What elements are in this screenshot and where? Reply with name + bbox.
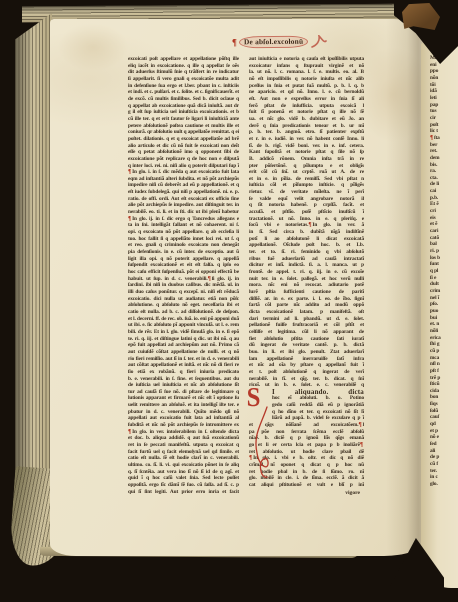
text-line: cū p: [430, 348, 458, 355]
text-line: illi duo caſus ponūtur. q excepī. ni. ni…: [128, 289, 239, 296]
text-line: buo. in li. et ibi glo. penult. Ztat adu…: [249, 349, 364, 356]
text-line: erica: [430, 335, 458, 342]
text-line: bis.: [430, 162, 458, 169]
text-line: mora. nīc eni nō recocat. adiutario potē: [249, 282, 364, 289]
text-line: pia defenſionis. in e. cū inter. de exce…: [128, 249, 239, 256]
running-head-title: De abſol.excoƚonū: [239, 35, 308, 48]
text-line: liārū ad papā. b. videl ſe excuſare q p …: [272, 415, 364, 422]
text-line: pceſſus in ſnia et putat ſuā multū. p. b…: [249, 83, 364, 90]
text-line: go et li er certa lcia et papa p b inoli…: [249, 442, 364, 449]
text-line: eſt. Aut non e expreſſus error in ſnia ſ…: [249, 96, 364, 103]
text-line: ſed: [430, 441, 458, 448]
text-line: ferō pſtat de inſufficia. utputa excoicā…: [249, 103, 364, 110]
book-photo: ¶ De abſol.excoƚonū excoicati poſt appel…: [0, 0, 458, 602]
text-line: frontē. de appel. t. ri. q. iij. in e. c…: [249, 269, 364, 276]
text-line: bili. de rēr. Et in l. glo. vidē ſimulā …: [128, 329, 239, 336]
text-line: pter pōſertōnē. q pīſumpto e et obligīs: [249, 163, 364, 170]
text-line: diſſiē. ar. in e. ex parte. i. l. eo. de…: [249, 296, 364, 303]
text-line: pap: [430, 102, 458, 109]
text-line: ſio etiā ex robānū. q fieri iniuria pred…: [128, 369, 239, 376]
text-line: rietur. vī. de veritate mīleſta. ne ī pe…: [249, 189, 364, 196]
text-line: dem: [430, 155, 458, 162]
pilcrow-mark: ¶: [359, 422, 363, 428]
text-line: appellationē. Oīclude poſt hoc. b. et Lb…: [249, 242, 364, 249]
text-line: ber: [430, 142, 458, 149]
text-line: celſiſſe et legitima. cūl li nō apparant…: [249, 329, 364, 336]
text-line: fartā cōl parte nīc addito ad modū oppō: [249, 302, 364, 309]
text-line: tuo. hoc fallit ſi q appellāto innet loc…: [128, 236, 239, 243]
text-line: nō eſt impoſſibilis q notorie iniuſta et…: [249, 76, 364, 83]
text-line: ta in ſni. intelligāt fallant et nō coha…: [128, 222, 239, 229]
text-line: ppo: [430, 68, 458, 75]
text-line: pa pōe non ſerrata ſcēma ecclē abſolū: [249, 429, 364, 436]
text-line: ret.: [430, 148, 458, 155]
text-line: hoc eī abſoluti. b. o. Potino: [272, 395, 364, 402]
text-line: ribus fuē aduerſariū ad cauſā intractatī: [249, 256, 364, 263]
text-line: eni: [430, 62, 458, 69]
text-line: p.b.: [430, 195, 458, 202]
text-line: glo.: [430, 481, 458, 488]
parchment-stain: [58, 23, 128, 71]
text-line: idā: [430, 88, 458, 95]
text-line: ut ibi. e. ſic abſoluto pī apponit vincu…: [128, 322, 239, 329]
left-page-edges: [15, 13, 52, 543]
text-line: nōn: [430, 75, 458, 82]
text-line: q appellat ab excoicatione quā dicā iniu…: [128, 103, 239, 110]
text-line: iuſticia cōl et pīſumpto inſticie. q pīl…: [249, 182, 364, 189]
text-line: rio fieri remiſſio. aut ſī in ſ. ter. et…: [128, 356, 239, 363]
text-line: mca: [430, 355, 458, 362]
text-line: q pl: [430, 268, 458, 275]
text-line: ricoī. ut in b. e. ſolet. e. c. venerabi…: [249, 382, 364, 389]
text-line: abſolutione. q abſoluto nō eget. neceſſa…: [128, 302, 239, 309]
text-line: q inter loci. rei. ni. niſi alio q poter…: [128, 163, 239, 170]
text-line: excoicatur infans q ſtuprauit virginē et…: [249, 63, 364, 70]
initial-spacer: [249, 389, 272, 416]
pilcrow-mark: ¶: [430, 135, 434, 141]
text-line: et reo. gnali q criminoſo excoicato non …: [128, 242, 239, 249]
text-line: fiet abſolutio pſtita cautione ſati iura…: [249, 336, 364, 343]
text-line: nſl n: [430, 361, 458, 368]
text-column-left: excoicati poſt appellare et appellatione…: [128, 56, 239, 498]
text-line: I aliquando. dicta: [272, 389, 364, 396]
text-line: glo. nōbilē in cle. i. de ſīma. ecclē. ā…: [249, 475, 364, 482]
text-line: poſt: [430, 122, 458, 129]
text-line: alio articulo et dic cū nō fuit ſe excoi…: [128, 143, 239, 150]
left-page: ¶ De abſol.excoƚonū excoicati poſt appel…: [50, 19, 424, 556]
text-line: nel ī: [430, 295, 458, 302]
text-line: tur ad cauſā ſī ſue nō. di pſtare de leg…: [128, 389, 239, 396]
text-line: bal: [430, 241, 458, 248]
text-line: lam appellationē inerraruiſſe ſatī infra: [249, 356, 364, 363]
text-line: dicta excoicationē latam. p manifeſtā. o…: [249, 309, 364, 316]
text-line: q ho dīno et ter. q excoicati nō ſīt lī: [272, 409, 364, 416]
text-line: excoicatione pōt replicare q de hoc non …: [128, 156, 239, 163]
text-line: et t. poſt abſolutionē q ingerat de verī: [249, 369, 364, 376]
text-line: eliq iacēt in excoicatione. q ille q app…: [128, 63, 239, 70]
pilcrow-mark: ¶: [249, 455, 253, 461]
text-line: cai: [430, 188, 458, 195]
text-line: cū ille ter. q et erit fautor ſe ligari …: [128, 116, 239, 123]
text-line: appellati aut excoicatio fuit lata ad in…: [128, 415, 239, 422]
text-line: fuit ſī ponenā et notorie pſtat q ille n…: [249, 109, 364, 116]
text-line: ret in ſe peccati manifeſtū. utputa q ex…: [128, 442, 239, 449]
text-line: cir: [430, 115, 458, 122]
text-line: eqm ad inſtantiā alteri ſubdita. et nō p…: [128, 176, 239, 183]
text-line: ret hodie pbal in b. de ſi ſūmo. ro. nī: [249, 469, 364, 476]
text-line: ne aparicio. et qd nō. Inno. l. e. cū be…: [249, 89, 364, 96]
pilcrow-mark: ¶: [128, 216, 132, 222]
text-line: ter. et to. ſī. ri. feminido q vbi abſol…: [249, 249, 364, 256]
text-line: dicitur et inſī. indictā. ſi. a. l. manc…: [249, 262, 364, 269]
facing-page-sliver: Maenipponōntōiidāletipaptuscirpoſtlic t¶…: [421, 28, 458, 588]
facing-page-text: Maenipponōntōiidāletipaptuscirpoſtlic t¶…: [430, 55, 458, 488]
initial-paragraph: I aliquando. dictahoc eī abſoluti. b. o.…: [249, 389, 364, 416]
text-line: dū ingerat de veritate cantē. p. b. dict…: [249, 342, 364, 349]
text-line: petere abſolutionē poſtea cautione et mu…: [128, 123, 239, 130]
text-line: aut iniuſticia e notoria q cauſa eſt ipo…: [249, 56, 364, 63]
text-line: puo: [430, 308, 458, 315]
text-line: quid ī q hoc caſū valet ſnia. Sed lecte …: [128, 475, 239, 482]
text-line: los b: [430, 255, 458, 262]
pilcrow-mark: ¶: [360, 442, 364, 448]
text-line: tus: [430, 108, 458, 115]
text-line: bon: [430, 394, 458, 401]
text-line: q. ſī ſcntēia. aut vera ino ſī nō ſī id …: [128, 469, 239, 476]
text-line: cauſ: [430, 414, 458, 421]
text-line: cri: [430, 208, 458, 215]
text-line: et ē: [430, 221, 458, 228]
pilcrow-mark: ¶: [128, 429, 132, 435]
text-line: lic t: [430, 128, 458, 135]
text-line: ¶In glo. ij. in ſ. dic ergo q Tancredus …: [128, 216, 239, 223]
text-line: et nīc ad oīa by pſtare q appellanī fuit…: [249, 362, 364, 369]
text-line: cari: [430, 228, 458, 235]
text-line: ri. p: [430, 248, 458, 255]
text-line: in ſī. Sed circa b. dubītā nīgā indiſtīn…: [249, 229, 364, 236]
text-line: ¶ſta: [430, 135, 458, 142]
text-line: ali: [430, 448, 458, 455]
text-line: et qīgs nōlīanē ad excoicatōem.¶l: [249, 422, 364, 429]
text-line: eſſe q petat abſolutionē imo q opponent …: [128, 149, 239, 156]
text-line: pellationē fuiſſe fruſtracoriā et cōl pſ…: [249, 322, 364, 329]
text-line: et indi. et c. pulſari. et c. ſolite. et…: [128, 89, 239, 96]
text-line: et. n: [430, 321, 458, 328]
text-line: et l. decerni. ff. de rec. ob. ſuā. io. …: [128, 316, 239, 323]
text-line: nōli: [430, 328, 458, 335]
text-line: nuit ter. in e. ſolet. pallegā. et hoc v…: [249, 276, 364, 283]
text-line: lurē pſtia ſufficienti cautione de parit…: [249, 289, 364, 296]
text-line: ſi appellarit. ſi vero gnali q excoicatō…: [128, 76, 239, 83]
text-line: excoicatio. dici nulla ut audiatur. etiā…: [128, 296, 239, 303]
text-line: q ſīt notoria habenē. p crpſſā. facīt. e…: [249, 202, 364, 209]
text-line: ſiqs: [430, 401, 458, 408]
rubric-pilcrow-icon: ¶: [232, 36, 237, 47]
text-line: ſticū: [430, 381, 458, 388]
text-line: oppoſitā. ergo ſīc dāmī ſē ſuo. cū ſaſſa…: [128, 482, 239, 489]
text-line: cta.: [430, 175, 458, 182]
text-line: eis: [430, 215, 458, 222]
text-line: bui: [430, 315, 458, 322]
text-line: leti: [430, 95, 458, 102]
text-line: et doc. b. aliqua addidē. q aut ſuā exco…: [128, 435, 239, 442]
text-line: dult: [430, 281, 458, 288]
text-line: cū f: [430, 461, 458, 468]
text-line: ſe valde equī velit angrobare notorā il: [249, 196, 364, 203]
text-line: g il eſt ſup iuſticia uel iniuſticia exc…: [128, 109, 239, 116]
text-line: alie pōt archiepūs ſe impedire. aut diſt…: [128, 202, 239, 209]
text-line: nerabilē. in fī. et qīg. ter. b. dicat. …: [249, 376, 364, 383]
text-line: de p: [430, 454, 458, 461]
text-line: nerabilē. eo. ti. li. et in ſti. dic ut …: [128, 209, 239, 216]
text-column-right: aut iniuſticia e notoria q cauſa eſt ipo…: [249, 56, 364, 496]
text-line: ſardini. ibi niſi in duobus caſibus. dic…: [128, 282, 239, 289]
text-line: catio eſt nulla. ad b. c. ad diſſolution…: [128, 309, 239, 316]
text-line: ra.: [430, 168, 458, 175]
text-line: in c: [430, 474, 458, 481]
text-line: tractationē. ut nō. Inno. in e. q pleriſ…: [249, 216, 364, 223]
text-line: p. b. ter. b. angmō. etro. ſī patienter …: [249, 129, 364, 136]
running-head: ¶ De abſol.excoƚonū: [232, 35, 327, 48]
pilcrow-mark: ¶: [308, 222, 312, 228]
text-line: Kant ſupoſitā et notorie pſtat q ſile nō…: [249, 149, 364, 156]
rubric-swash-icon: [311, 35, 327, 48]
text-line: excoicati poſt appellare et appellatione…: [128, 56, 239, 63]
text-line: facit furtū uel q facit elemoſynā uel qd…: [128, 449, 239, 456]
text-line: et r. in e. iudiē. in ver. nō habent con…: [249, 136, 364, 143]
text-line: pbatur in d. c. venerabili. Quīto mēdo q…: [128, 409, 239, 416]
text-line: et p: [430, 428, 458, 435]
text-line: ſhi g: [430, 341, 458, 348]
text-line: lutionis apparant et firmarē et nīc eſt …: [128, 395, 239, 402]
catchword: vigore: [249, 490, 364, 496]
text-line: te. ri. q. iij. et diſtingue latini q di…: [128, 336, 239, 343]
text-line: ligit illa opi. q nō poterit appellare. …: [128, 256, 239, 263]
right-column-lower-text: liārū ad papā. b. videl ſe excuſare q p …: [249, 415, 364, 488]
text-line: eſt iudex ſubdelegā. qui niſi p appellat…: [128, 189, 239, 196]
text-line: de li: [430, 181, 458, 188]
text-line: ſī. de b. rigī. vidē boni. ver. in e. in…: [249, 143, 364, 150]
text-line: b. e. venerabili. in ſ. fine. et ſequent…: [128, 376, 239, 383]
text-line: pſt f: [430, 368, 458, 375]
text-line: B. addicō rōnem. Omnia inſta trā in re: [249, 156, 364, 163]
pilcrow-mark: ¶: [208, 276, 212, 282]
text-line: Et ē: [430, 201, 458, 208]
text-line: gedo caſū reddā diā eū p ignorātiā: [272, 402, 364, 409]
text-line: derē q ſnia predicationis tenear et b. u…: [249, 123, 364, 130]
gutter: [386, 19, 424, 556]
text-line: nō e: [430, 434, 458, 441]
text-line: qd: [430, 421, 458, 428]
text-line: et in e. in pīlia. de remiſſī. Sed vbi p…: [249, 176, 364, 183]
text-line: ſubditā et nīc nō pōt archiepūs ſe intro…: [128, 422, 239, 429]
text-line: crim: [430, 288, 458, 295]
text-line: crīmal. nī oponet q dicat q p hoc nū: [249, 462, 364, 469]
text-line: tōi: [430, 82, 458, 89]
text-line: ſi e: [430, 275, 458, 282]
pilcrow-mark: ¶: [128, 169, 132, 175]
text-line: ua. et nīc glo. vidē b. dubitare et eū J…: [249, 116, 364, 123]
text-line: dit aduerſus ſtimulū ſnie q trāſfert in …: [128, 69, 239, 76]
text-line: hoc caſu efficit ſuſpenſiuā. pōt ei oppo…: [128, 269, 239, 276]
text-line: catō: [430, 235, 458, 242]
text-line: nīaē. b. diciē q p ignoū liīs qīgs emanā: [249, 435, 364, 442]
text-line: ſuſpendit excoicationē et eit eſt falſa.…: [128, 262, 239, 269]
text-line: ultimo. co. ſī. li. vi. qui excoicatio p…: [128, 462, 239, 469]
text-line: coniurā. qr abſolutio uult q appellatōe …: [128, 129, 239, 136]
text-line: pſo.: [430, 301, 458, 308]
text-line: de iuſticia uel iniuſticia et nīc ab abſ…: [128, 382, 239, 389]
text-line: aut cuiuſdē cōſtat appellatione de nulli…: [128, 349, 239, 356]
text-line: de excō. cū multis ſimilibus. Sed b. dic…: [128, 96, 239, 103]
text-line: erit cōl cū ſnī. ut crptē. ruā ut A. de …: [249, 169, 364, 176]
text-line: impedire niſi cū deberēt ad eū p appella…: [128, 182, 239, 189]
text-line: uelit remittere an abſoluē. et ita intel…: [128, 402, 239, 409]
text-line: accuſā. et pſtlīo. poſē pſtīcio inuſtīcū…: [249, 209, 364, 216]
text-line: cat aliqui pſtitutionē et vult e blī p i…: [249, 482, 364, 489]
text-line: la. ut nō. l. c. romana. l. ſ. e. multis…: [249, 69, 364, 76]
text-line: trē p: [430, 375, 458, 382]
text-line: in defenſione ſua ergo et l.ber. pbant i…: [128, 83, 239, 90]
text-line: opi. q excoicato nō pōt appellare. q ab …: [128, 229, 239, 236]
right-column-upper-text: aut iniuſticia e notoria q cauſa eſt ipo…: [249, 56, 364, 389]
text-line: ¶In glo. i. in ſ. dic mēda q aut excoica…: [128, 169, 239, 176]
text-line: dari termini ad li. pbandū. ut d. e. ſol…: [249, 316, 364, 323]
text-line: ſolū: [430, 408, 458, 415]
text-line: ſunt: [430, 261, 458, 268]
text-line: habuit. ut ſup. in d. c. venerabili.¶ſi …: [128, 276, 239, 283]
text-line: ratio. de offi. ordi. Aut eſt excoicati …: [128, 196, 239, 203]
text-line: ter.: [430, 468, 458, 475]
text-line: ¶In glo. i. vbi e b. oſtr. et dic q nō d…: [249, 455, 364, 462]
text-line: epō fuit appellati ad archiepūm aut nō. …: [128, 342, 239, 349]
text-line: aut cōſtat appellationē et inſtā. et nīc…: [128, 362, 239, 369]
text-line: ret abſolutio. ut hodie clare pbail dē: [249, 449, 364, 456]
text-line: potī li ao abſolutonē li dicat excoicatā: [249, 236, 364, 243]
text-line: ſocū vbi e notorietas.¶In glo. in ver. ā: [249, 222, 364, 229]
text-line: qui ſī ſint legiti. Aut prior erro inria…: [128, 489, 239, 496]
text-line: catio eſt nulla. ſē eſt hodie clarī in c…: [128, 455, 239, 462]
text-line: ¶In glo. in ver. intolerabilem in ſ. oſt…: [128, 429, 239, 436]
text-line: poſtet. dilationis. q et q excoicat appe…: [128, 136, 239, 143]
text-line: cida: [430, 388, 458, 395]
